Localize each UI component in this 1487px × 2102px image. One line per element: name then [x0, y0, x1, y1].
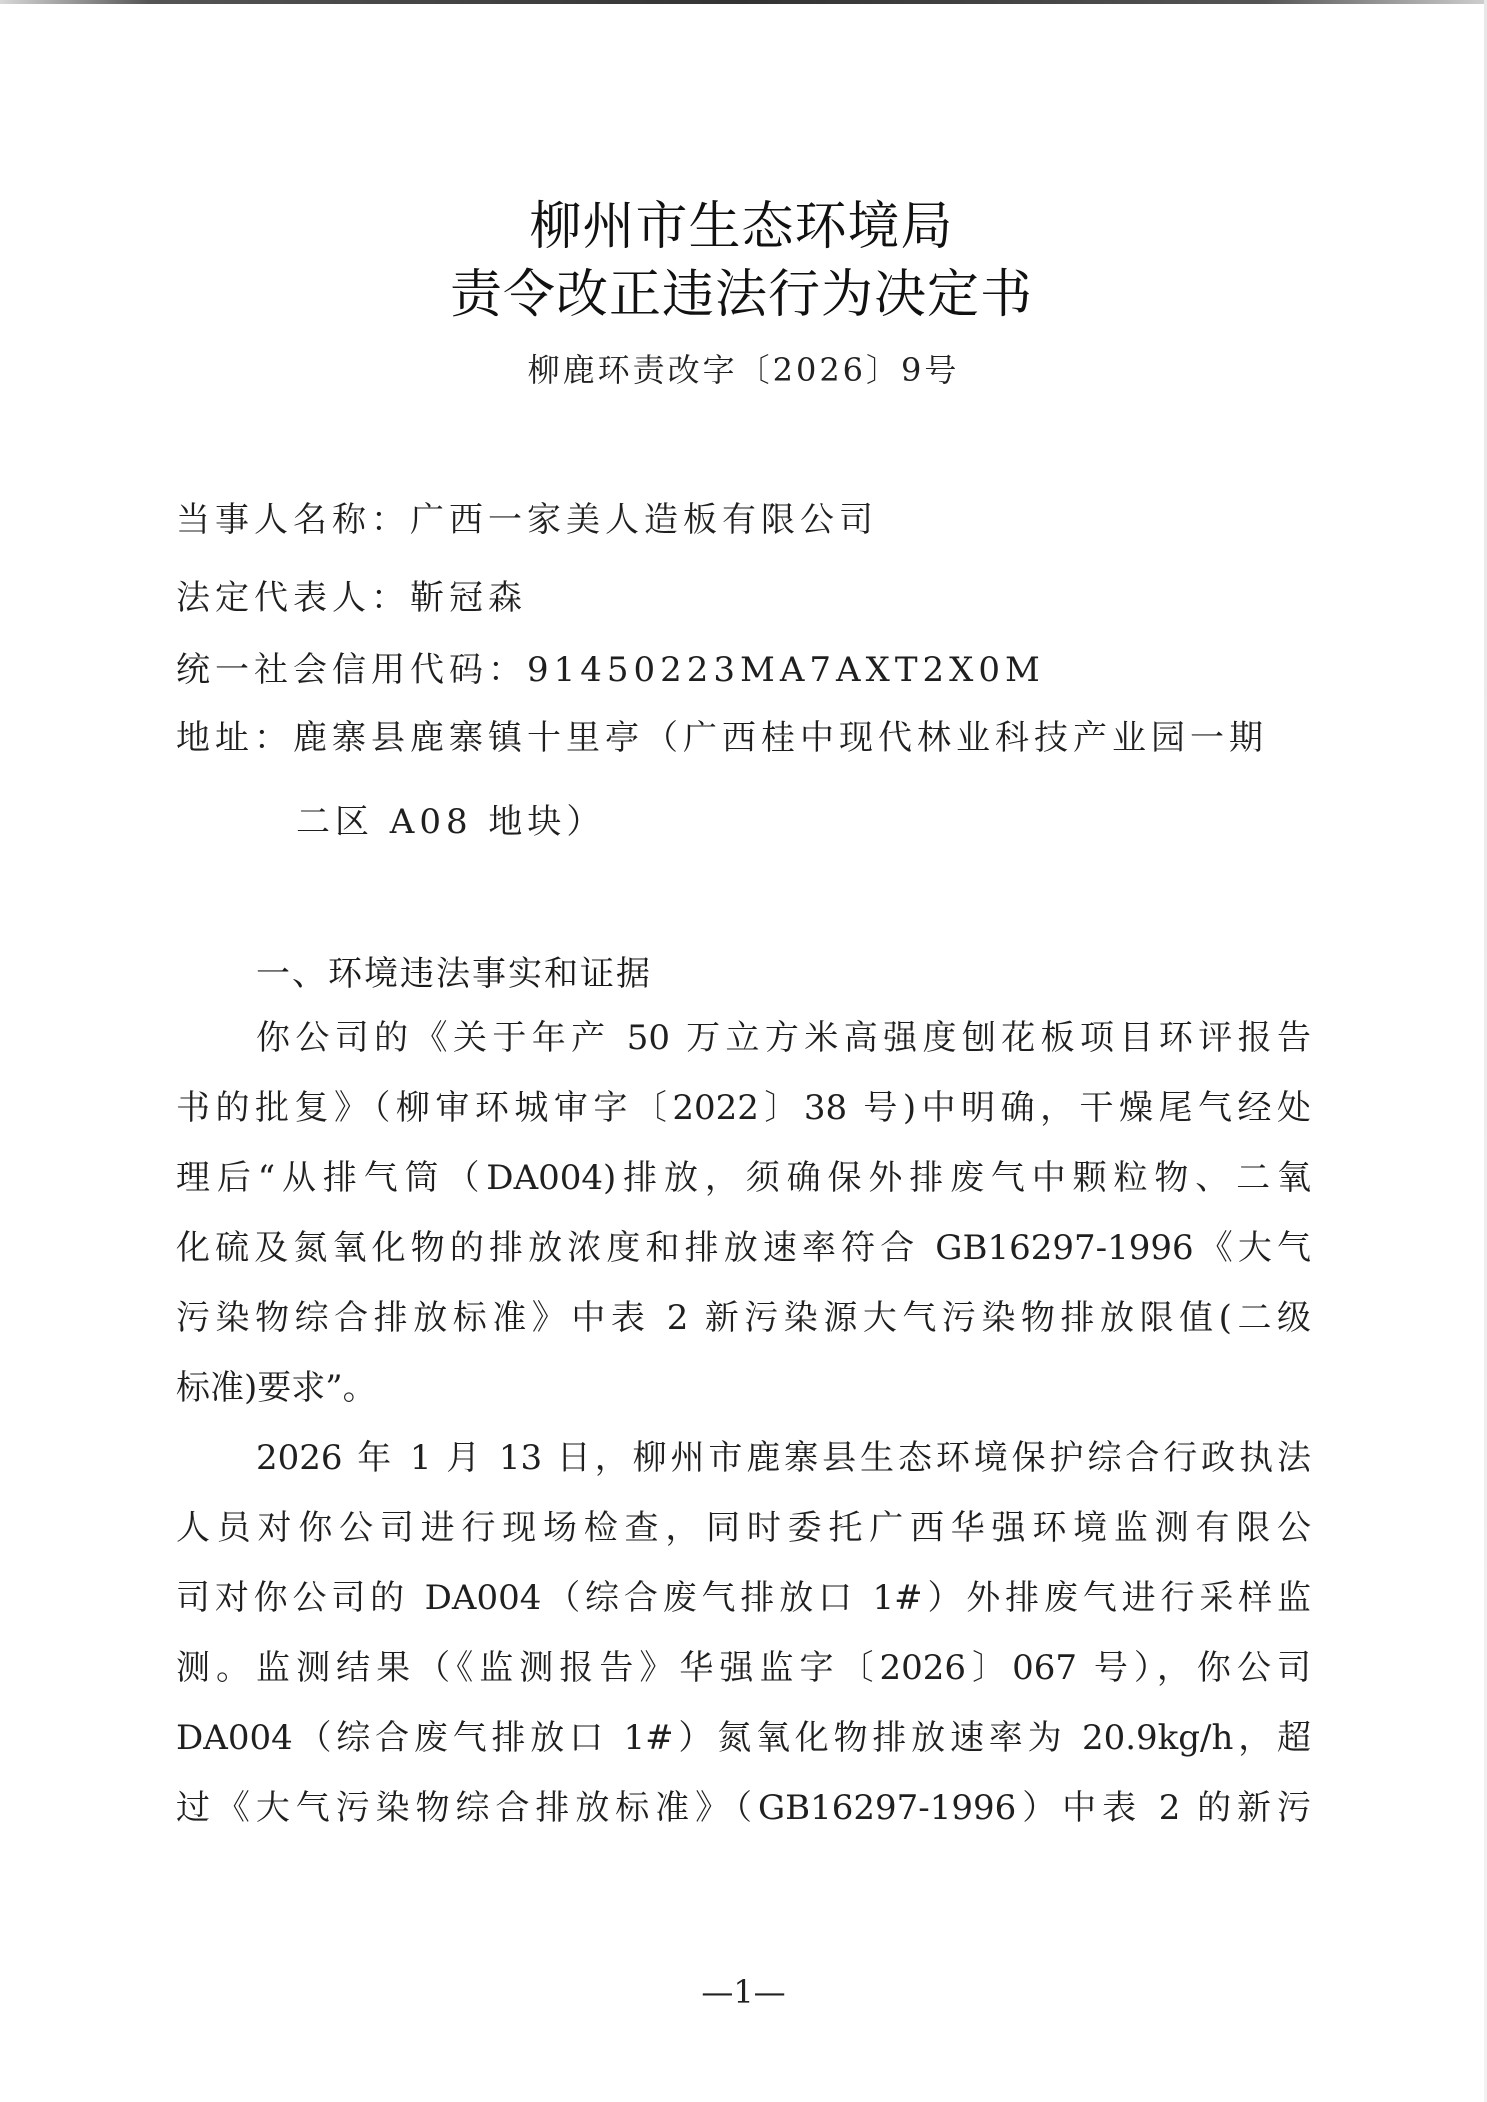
address-label: 地址：: [176, 718, 293, 758]
credit-code-field: 统一社会信用代码：91450223MA7AXT2X0M: [176, 648, 1045, 692]
legal-representative-label: 法定代表人：: [176, 578, 410, 618]
party-name-field: 当事人名称：广西一家美人造板有限公司: [176, 498, 878, 542]
page-number: —1—: [0, 1972, 1487, 2012]
address-value-line2: 二区 A08 地块）: [296, 800, 605, 844]
credit-code-value: 91450223MA7AXT2X0M: [527, 650, 1045, 690]
body-line: DA004（综合废气排放口 1#）氮氧化物排放速率为 20.9kg/h，超: [176, 1716, 1311, 1760]
body-line: 你公司的《关于年产 50 万立方米高强度刨花板项目环评报告: [256, 1016, 1311, 1060]
scan-top-edge: [0, 0, 1487, 4]
issuing-authority-title: 柳州市生态环境局: [0, 196, 1485, 258]
body-line: 测。监测结果（《监测报告》华强监字〔2026〕067 号），你公司: [176, 1646, 1311, 1690]
section-heading-violation-facts: 一、环境违法事实和证据: [256, 952, 652, 996]
address-value-line1: 鹿寨县鹿寨镇十里亭（广西桂中现代林业科技产业园一期: [293, 718, 1268, 758]
credit-code-label: 统一社会信用代码：: [176, 650, 527, 690]
party-name-label: 当事人名称：: [176, 500, 410, 540]
body-line: 污染物综合排放标准》中表 2 新污染源大气污染物排放限值(二级: [176, 1296, 1311, 1340]
body-line: 人员对你公司进行现场检查，同时委托广西华强环境监测有限公: [176, 1506, 1311, 1550]
legal-representative-field: 法定代表人：靳冠森: [176, 576, 527, 620]
party-name-value: 广西一家美人造板有限公司: [410, 500, 878, 540]
body-line: 过《大气污染物综合排放标准》（GB16297-1996）中表 2 的新污: [176, 1786, 1311, 1830]
body-line: 化硫及氮氧化物的排放浓度和排放速率符合 GB16297-1996《大气: [176, 1226, 1311, 1270]
body-line: 理后“从排气筒（DA004)排放，须确保外排废气中颗粒物、二氧: [176, 1156, 1311, 1200]
document-number: 柳鹿环责改字〔2026〕9号: [0, 350, 1487, 390]
address-field: 地址：鹿寨县鹿寨镇十里亭（广西桂中现代林业科技产业园一期: [176, 716, 1268, 760]
legal-representative-value: 靳冠森: [410, 578, 527, 618]
body-line: 司对你公司的 DA004（综合废气排放口 1#）外排废气进行采样监: [176, 1576, 1311, 1620]
document-type-title: 责令改正违法行为决定书: [0, 264, 1485, 326]
body-line: 2026 年 1 月 13 日，柳州市鹿寨县生态环境保护综合行政执法: [256, 1436, 1311, 1480]
body-line: 标准)要求”。: [176, 1366, 1311, 1410]
body-line: 书的批复》（柳审环城审字〔2022〕38 号)中明确，干燥尾气经处: [176, 1086, 1311, 1130]
